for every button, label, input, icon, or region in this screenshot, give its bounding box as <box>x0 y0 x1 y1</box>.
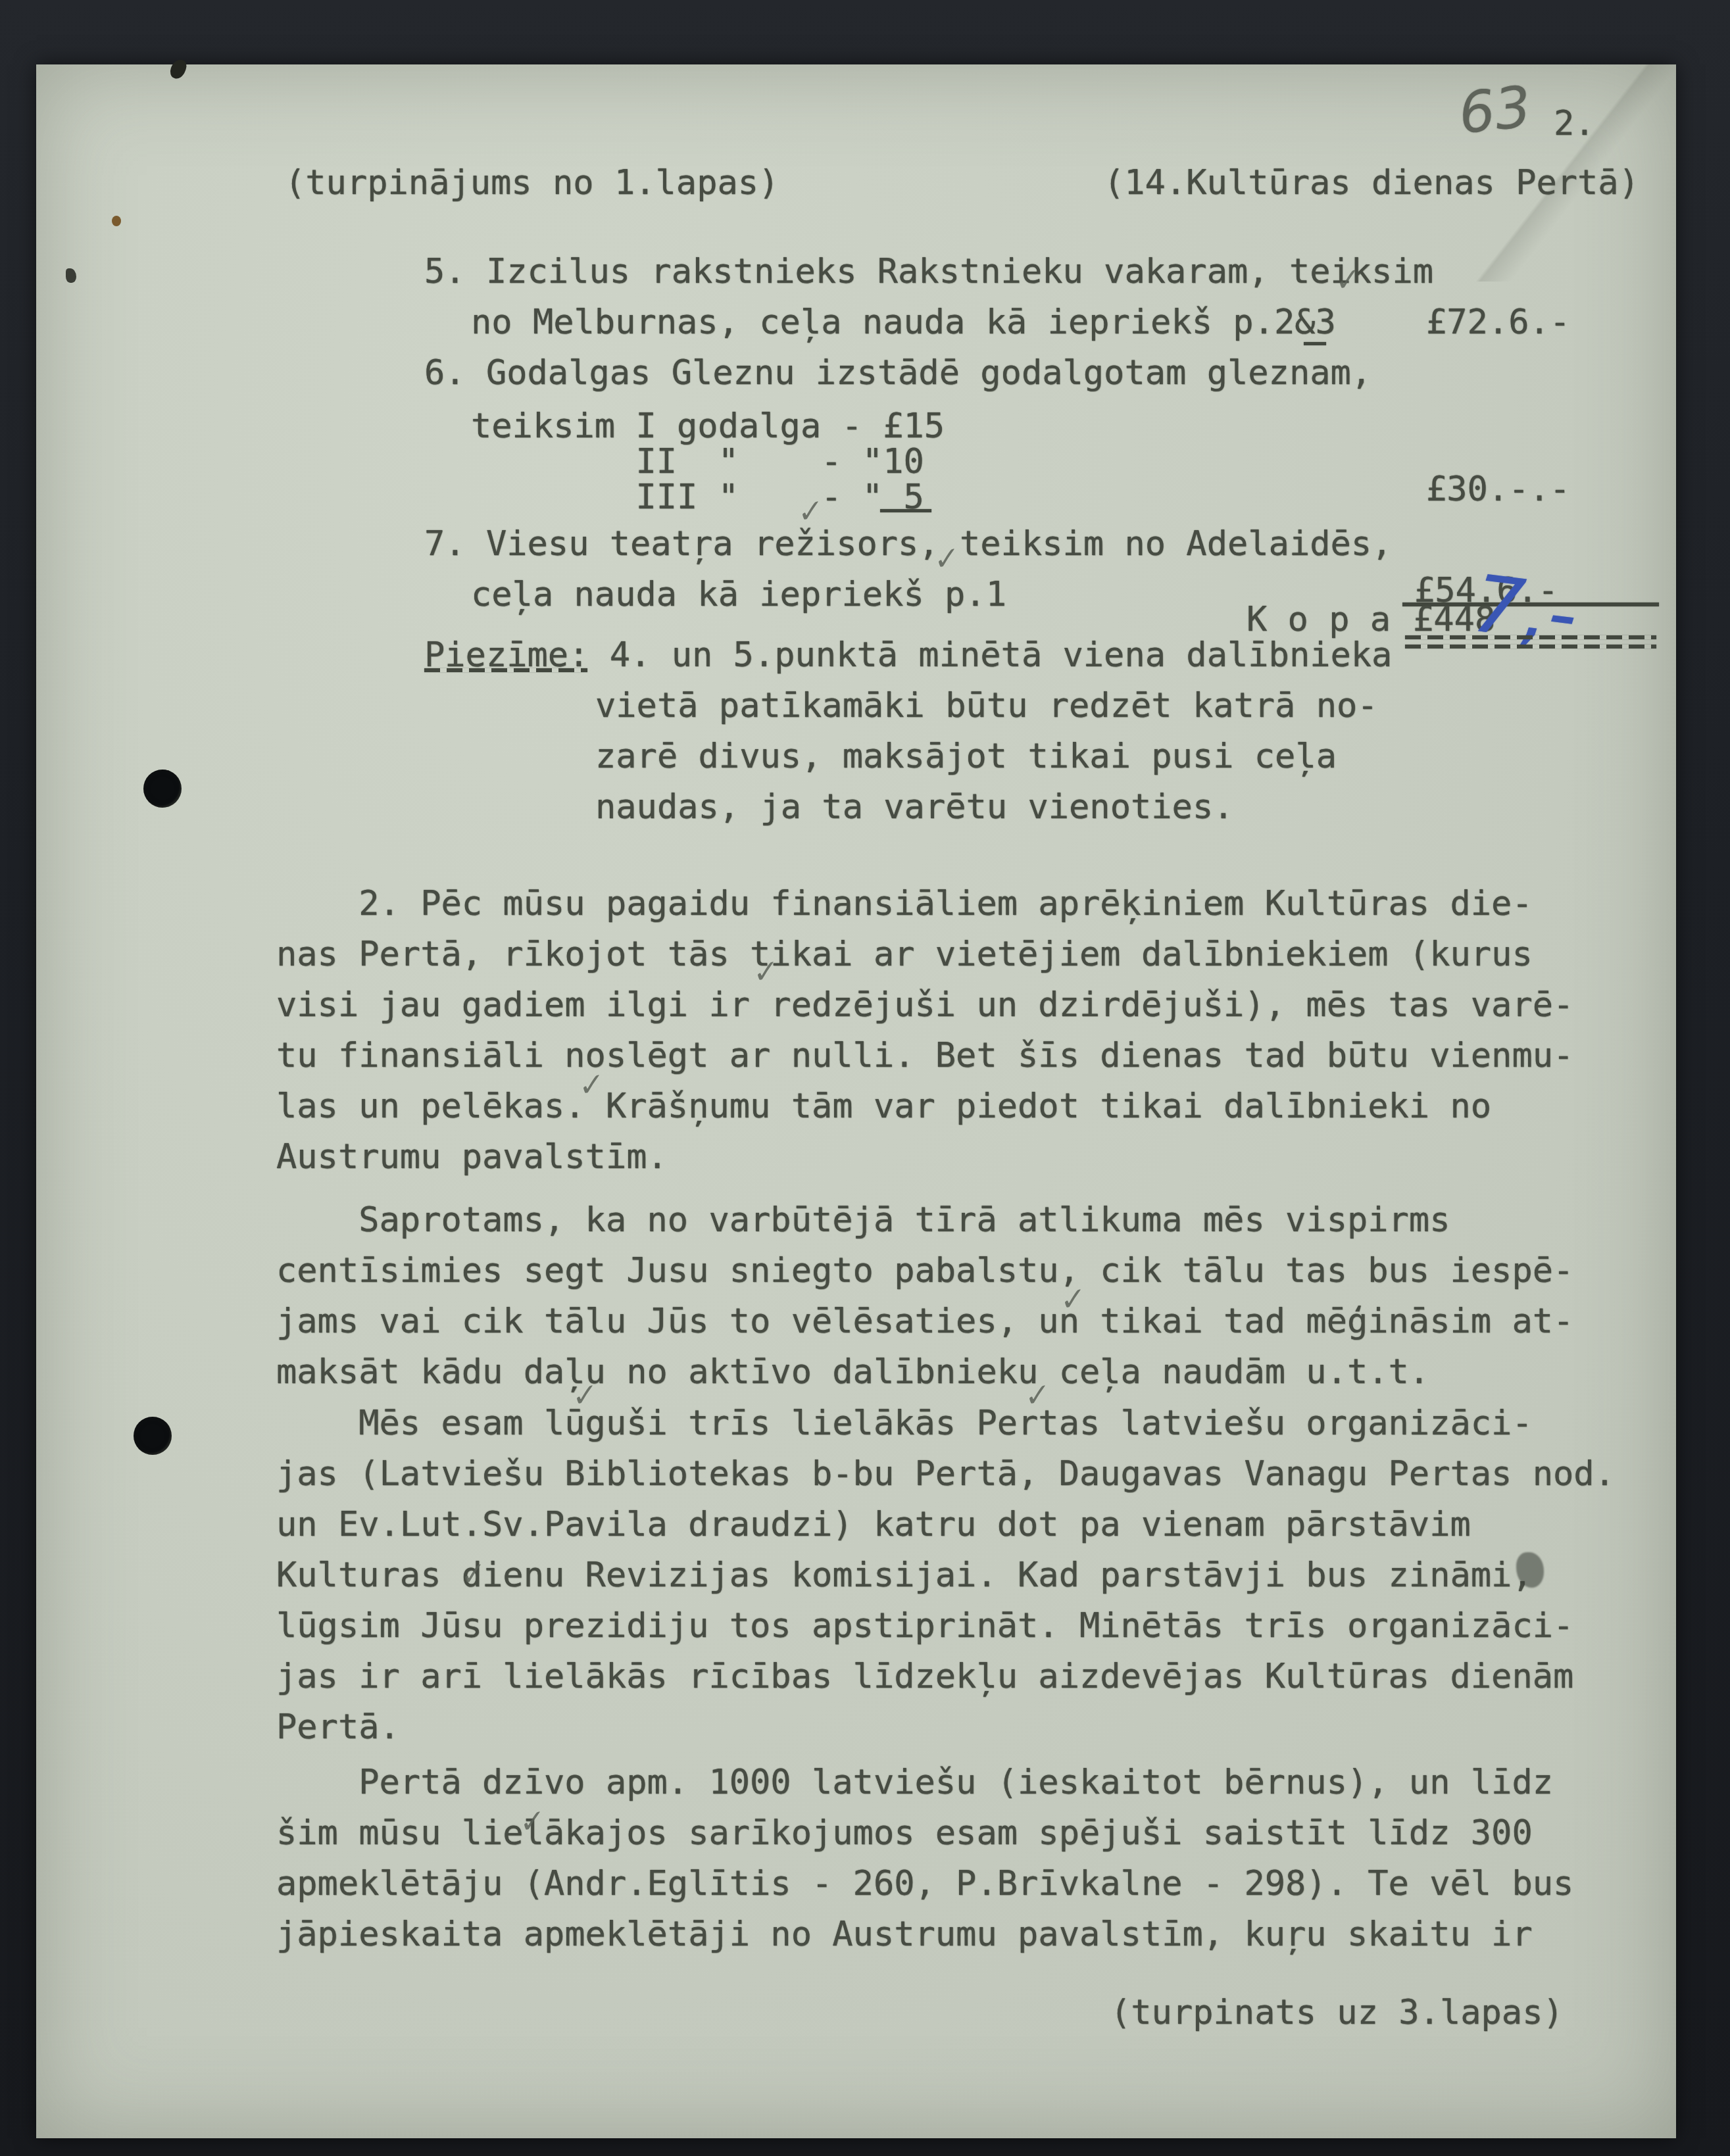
pencil-checkmark: ✓ <box>1335 260 1360 299</box>
note-lines: vietā patīkamāki būtu redzēt katrā no-za… <box>595 681 1378 833</box>
header-continued-from: (turpinājums no 1.lapas) <box>285 158 779 208</box>
item6-amount: £30.-.- <box>1426 464 1570 515</box>
pencil-checkmark: ✓ <box>460 1554 485 1594</box>
item7-line1: 7. Viesu teatŗa režisors, teiksim no Ade… <box>424 519 1392 570</box>
total-double-underline <box>1405 645 1656 649</box>
pencil-checkmark: ✓ <box>579 1065 604 1104</box>
item5-line1: 5. Izcilus rakstnieks Rakstnieku vakaram… <box>424 247 1433 297</box>
pencil-checkmark: ✓ <box>1060 1279 1085 1319</box>
paper-speck <box>168 57 189 81</box>
note-label-underline <box>424 668 587 672</box>
footer-continued-to: (turpinats uz 3.lapas) <box>1110 1988 1564 2038</box>
pencil-checkmark: ✓ <box>934 539 959 578</box>
pencil-checkmark: ✓ <box>1025 1375 1050 1415</box>
pencil-checkmark: ✓ <box>753 952 778 991</box>
document-page: (turpinājums no 1.lapas) (14.Kultūras di… <box>36 64 1676 2138</box>
item6-line4: III " - " 5 <box>471 472 924 523</box>
paper-speck <box>112 216 121 226</box>
prize-underline <box>880 509 931 512</box>
pencil-checkmark: ✓ <box>520 1801 545 1841</box>
punch-hole <box>134 1417 172 1455</box>
item5-line2: no Melburnas, ceļa nauda kā iepriekš p.2… <box>471 297 1336 348</box>
item5-amount: £72.6.- <box>1426 297 1570 348</box>
item6-line1: 6. Godalgas Gleznu izstādē godalgotam gl… <box>424 348 1372 399</box>
correction-underline <box>1304 342 1326 345</box>
pencil-checkmark: ✓ <box>798 491 823 531</box>
item7-line2: ceļa nauda kā iepriekš p.1 <box>471 570 1006 620</box>
note-line1: Piezīme: 4. un 5.punktā minētā viena dal… <box>424 630 1392 681</box>
typed-page-number: 2. <box>1554 99 1595 149</box>
pencil-checkmark: ✓ <box>572 1375 597 1415</box>
paragraph-3: Saprotams, ka no varbūtējā tīrā atlikuma… <box>276 1195 1573 1398</box>
header-subject: (14.Kultūras dienas Pertā) <box>1104 158 1639 208</box>
paragraph-5: Pertā dzīvo apm. 1000 latviešu (ieskaito… <box>276 1757 1573 1960</box>
total-double-underline <box>1405 635 1656 639</box>
paragraph-2: 2. Pēc mūsu pagaidu finansiāliem aprēķin… <box>276 879 1573 1183</box>
handwritten-page-number: 63 <box>1456 74 1534 147</box>
paper-speck <box>66 268 76 283</box>
punch-hole <box>143 770 182 808</box>
scan-background: (turpinājums no 1.lapas) (14.Kultūras di… <box>0 0 1730 2156</box>
